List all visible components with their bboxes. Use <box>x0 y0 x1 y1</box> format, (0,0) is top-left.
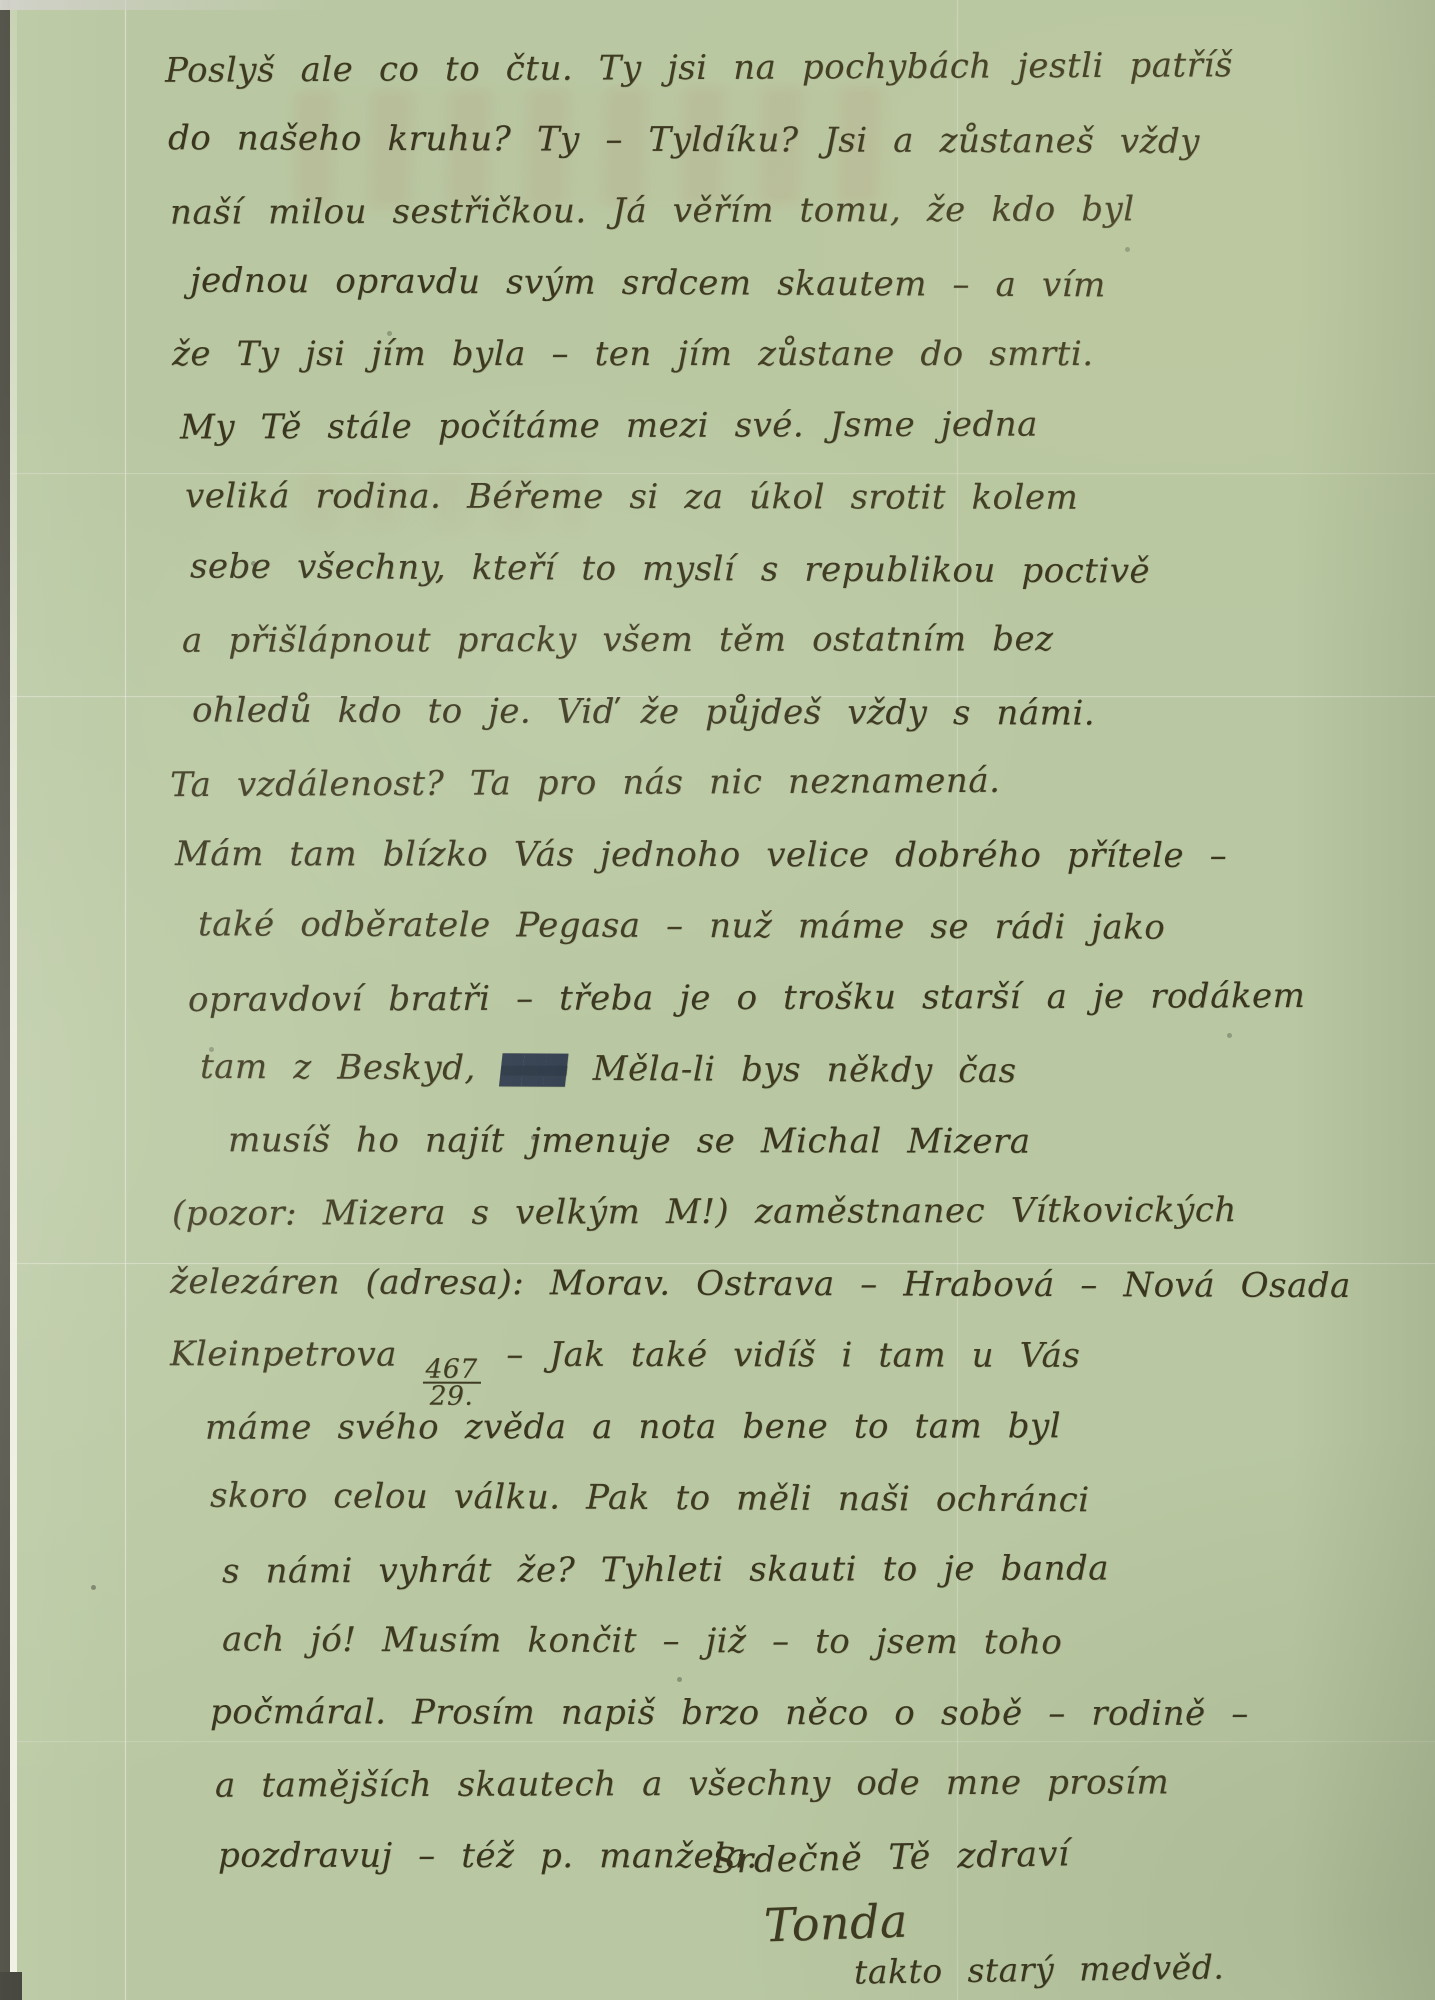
house-number-fraction: 46729. <box>422 1357 480 1409</box>
scanner-corner-bottom-left <box>0 1972 22 2000</box>
letter-line: pozdravuj – též p. manžela. <box>218 1835 758 1876</box>
letter-line: do našeho kruhu? Ty – Tyldíku? Jsi a zůs… <box>168 118 1200 162</box>
letter-closing: Srdečně Tě zdraví <box>712 1834 1070 1881</box>
letter-line: (pozor: Mizera s velkým M!) zaměstnanec … <box>172 1190 1237 1234</box>
horizontal-fold-crease <box>0 1740 1435 1743</box>
letter-line: máme svého zvěda a nota bene to tam byl <box>205 1406 1061 1447</box>
letter-line: Ta vzdálenost? Ta pro nás nic neznamená. <box>170 761 1001 805</box>
crossed-out-word: ███ <box>500 1059 568 1082</box>
letter-line: veliká rodina. Béřeme si za úkol srotit … <box>185 476 1078 518</box>
letter-line: s námi vyhrát že? Tyhleti skauti to je b… <box>222 1548 1109 1591</box>
letter-line: Poslyš ale co to čtu. Ty jsi na pochybác… <box>165 45 1233 91</box>
letter-line: a přišlápnout pracky všem těm ostatním b… <box>182 619 1054 661</box>
letter-line: ohledů kdo to je. Viď že půjdeš vždy s n… <box>192 690 1095 733</box>
letter-line: a tamějších skautech a všechny ode mne p… <box>215 1762 1169 1805</box>
letter-line: ach jó! Musím končit – již – to jsem toh… <box>222 1620 1062 1663</box>
signature: Tonda <box>763 1894 909 1953</box>
letter-line: musíš ho najít jmenuje se Michal Mizera <box>228 1120 1031 1161</box>
horizontal-fold-crease <box>0 472 1435 475</box>
letter-line: železáren (adresa): Morav. Ostrava – Hra… <box>170 1261 1351 1305</box>
vertical-fold-crease <box>124 0 127 2000</box>
letter-line: My Tě stále počítáme mezi své. Jsme jedn… <box>180 404 1038 447</box>
letter-line: opravdoví bratři – třeba je o trošku sta… <box>188 976 1306 1020</box>
letter-page: Poslyš ale co to čtu. Ty jsi na pochybác… <box>0 0 1435 2000</box>
letter-line: skoro celou válku. Pak to měli naši ochr… <box>210 1476 1090 1521</box>
scanner-edge-left <box>0 0 10 2000</box>
letter-line: Mám tam blízko Vás jednoho velice dobréh… <box>175 834 1227 876</box>
signature-postscript: takto starý medvěd. <box>854 1947 1225 1991</box>
letter-line: že Ty jsi jím byla – ten jím zůstane do … <box>172 334 1094 374</box>
letter-line: sebe všechny, kteří to myslí s republiko… <box>190 546 1150 591</box>
scanner-edge-top <box>0 0 330 10</box>
letter-line: naší milou sestřičkou. Já věřím tomu, že… <box>170 189 1135 232</box>
letter-line: počmáral. Prosím napiš brzo něco o sobě … <box>210 1692 1249 1734</box>
letter-line: Kleinpetrova 46729. – Jak také vidíš i t… <box>170 1334 1080 1410</box>
letter-line: tam z Beskyd, ███ Měla-li bys někdy čas <box>200 1047 1017 1091</box>
letter-line: jednou opravdu svým srdcem skautem – a v… <box>190 260 1106 305</box>
letter-line: také odběratele Pegasa – nuž máme se rád… <box>198 904 1165 947</box>
paper-edge-sliver <box>10 0 17 2000</box>
